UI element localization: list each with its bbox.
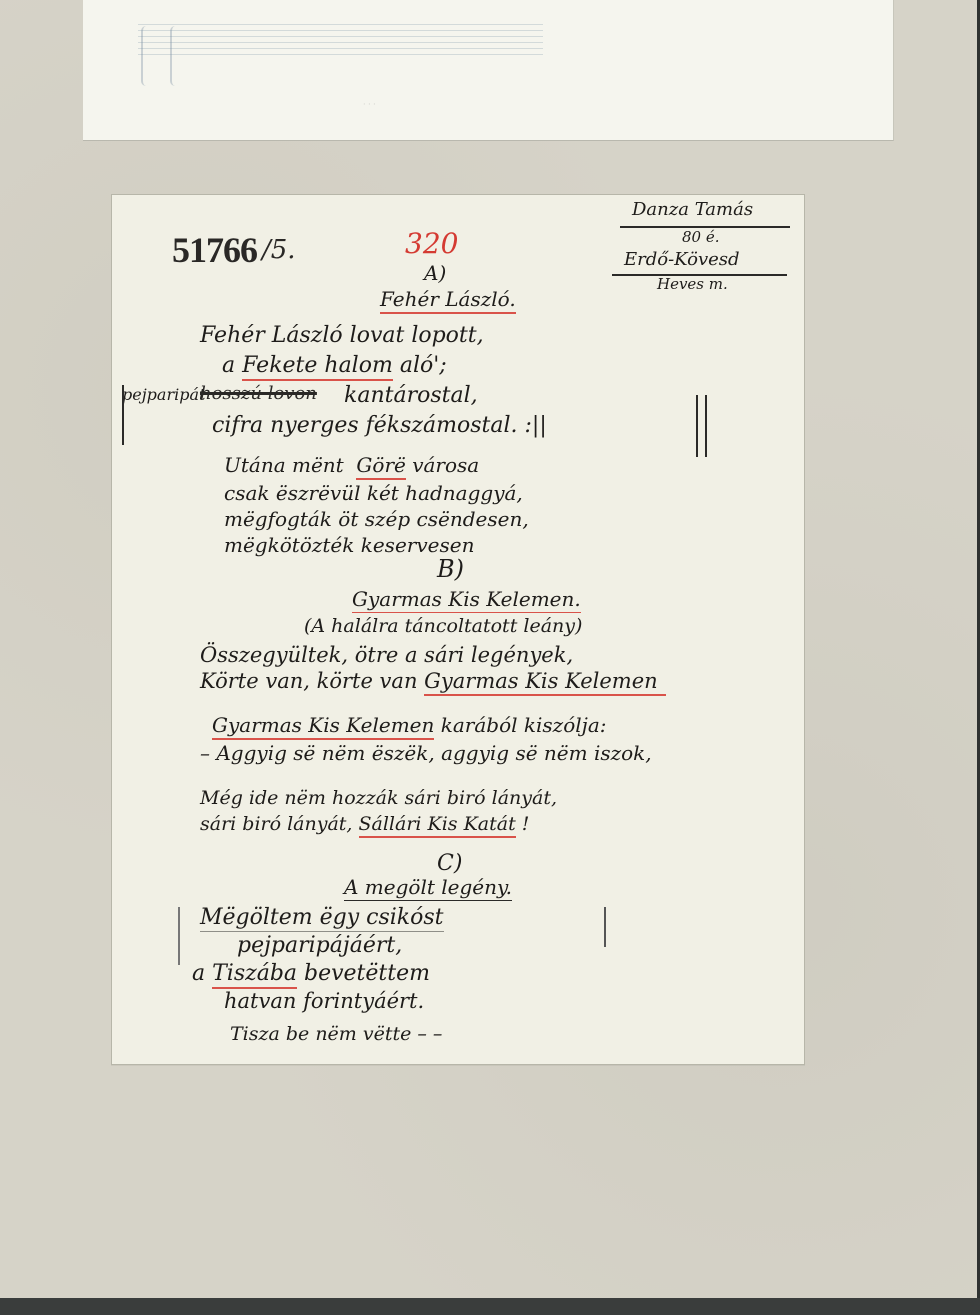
- margin-insert: pejparipát: [122, 385, 205, 404]
- informant-age: 80 é.: [682, 228, 720, 246]
- verse-line: Utána mënt Görë városa: [224, 453, 479, 477]
- scan-bottom-band: [0, 1298, 980, 1315]
- music-sheet-card: · · ·: [83, 0, 894, 141]
- music-staff-sketch: [138, 20, 543, 65]
- verse-line: Fehér László lovat lopott,: [200, 323, 484, 348]
- repeat-bar: [178, 907, 180, 965]
- faint-caption: · · ·: [363, 100, 376, 109]
- verse-line: mëgfogták öt szép csëndesen,: [224, 507, 529, 531]
- section-c-label: C): [437, 851, 462, 876]
- clef-icon: [170, 26, 180, 86]
- manuscript-card: 51766 /5. 320 Danza Tamás 80 é. Erdő-Köv…: [111, 194, 805, 1065]
- verse-line: Tisza be nëm vëtte – –: [230, 1023, 442, 1045]
- struck-text: hosszú lovon: [200, 383, 317, 404]
- informant-name: Danza Tamás: [632, 199, 753, 220]
- clef-icon: [141, 26, 151, 86]
- verse-line: a Tiszába bevetëttem: [192, 961, 430, 986]
- catalog-suffix: /5.: [262, 235, 296, 265]
- verse-line: mëgkötözték keservesen: [224, 533, 474, 557]
- verse-line: kantárostal,: [344, 383, 478, 408]
- verse-line: Még ide nëm hozzák sári biró lányát,: [200, 787, 557, 809]
- informant-place: Erdő-Kövesd: [624, 249, 740, 270]
- repeat-bar: [122, 385, 124, 445]
- verse-line: Gyarmas Kis Kelemen karából kiszólja:: [212, 713, 607, 737]
- repeat-bar: [705, 395, 707, 457]
- verse-line: sári biró lányát, Sállári Kis Katát !: [200, 813, 529, 835]
- verse-line: Összegyültek, ötre a sári legények,: [200, 643, 573, 667]
- verse-line: Körte van, körte van Gyarmas Kis Kelemen: [200, 669, 666, 693]
- verse-line: hatvan forintyáért.: [224, 989, 424, 1013]
- section-b-subtitle: (A halálra táncoltatott leány): [304, 615, 582, 637]
- verse-line: a Fekete halom aló';: [222, 353, 447, 378]
- page-number-red: 320: [405, 227, 458, 260]
- section-b-title: Gyarmas Kis Kelemen.: [352, 587, 581, 613]
- verse-line: cifra nyerges fékszámostal. :||: [212, 413, 547, 438]
- section-a-label: A): [424, 261, 446, 285]
- verse-line: pejparipájáért,: [237, 933, 402, 958]
- verse-line: Mëgöltem ëgy csikóst: [200, 905, 444, 932]
- catalog-number: 51766: [172, 229, 257, 271]
- section-a-title: Fehér László.: [380, 287, 516, 314]
- section-c-title: A megölt legény.: [344, 875, 512, 901]
- verse-line: – Aggyig së nëm ëszëk, aggyig së nëm isz…: [200, 741, 652, 765]
- repeat-bar: [604, 907, 606, 947]
- section-b-label: B): [437, 555, 464, 583]
- informant-county: Heves m.: [657, 275, 728, 293]
- verse-line: csak ëszrëvül két hadnaggyá,: [224, 481, 523, 505]
- repeat-bar: [696, 395, 698, 457]
